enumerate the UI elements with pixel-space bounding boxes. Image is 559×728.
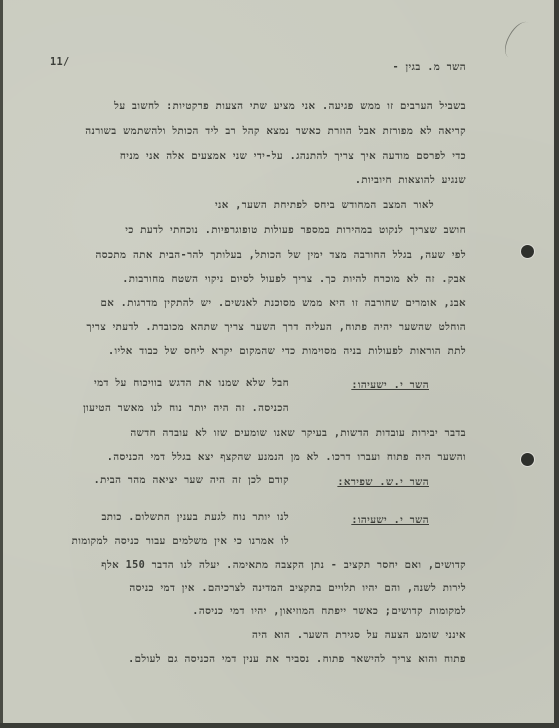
text-line: קריאה לא מפורזת אבל הוזרת כאשר נמצא קהל …: [85, 126, 466, 137]
text-line: קודם לכן זה היה שער יציאה מהר הבית.: [94, 475, 289, 486]
text-line: חושב שצריך לנקוט במהירות במספר פעולות טו…: [125, 225, 466, 236]
text-line: לתת הוראות לפעולות בניה מסוימות כדי שהמק…: [108, 346, 466, 357]
text-line: והשער היה פתוח ועברו דרכו. לא מן הנמנע ש…: [107, 452, 466, 463]
pencil-mark: [499, 17, 537, 62]
text-line: אינני שומע הצעה על סגירת השער. הוא היה: [252, 630, 466, 641]
text-line: הכניסה. זה היה יותר נוח לנו מאשר הטיעון: [83, 403, 289, 414]
text-line: לפי שעה, בגלל החורבה מצד ימין של הכותל, …: [96, 250, 466, 261]
text-line: אבנ, אומרים שחורבה זו היא ממש מסוכנת לאנ…: [100, 298, 466, 309]
text-line: הוחלט שהשער יהיה פתוח, העליה דרך השער צר…: [86, 322, 466, 333]
document-page: 11/ השר מ. בגין - בשביל הערבים זו ממש פג…: [3, 0, 554, 723]
page-number: 11/: [50, 57, 70, 68]
text-line: כדי לפרסם מודעה איך צריך להתנהג. על-ידי …: [120, 151, 466, 162]
scan-border-bottom: [0, 723, 559, 728]
text-line: בשביל הערבים זו ממש פגיעה. אני מציע שתי …: [114, 101, 466, 112]
text-line: חבל שלא שמנו את הדגש בוויכוח על דמי: [94, 378, 289, 389]
text-line: קדושים, ואם יחסר תקציב - נתן הקצבה מתאימ…: [101, 560, 466, 571]
text-line: לאור המצב המחודש ביחס לפתיחת השער, אני: [215, 200, 434, 211]
header-speaker: השר מ. בגין -: [392, 62, 466, 73]
punch-hole: [521, 453, 534, 466]
speaker-label: השר י. ישעיהו:: [351, 515, 429, 526]
text-line: בדבר יבירות עובדות הדשות, בעיקר שאנו שומ…: [130, 428, 466, 439]
text-line: אבק. זה לא מוכרח להיות כך. צריך לפעול לס…: [122, 274, 466, 285]
text-line: לירות לשנה, והם יהיו תלויים בתקציב המדינ…: [129, 583, 466, 594]
punch-hole: [521, 245, 534, 258]
speaker-label: השר י.ש. שפירא:: [337, 477, 429, 488]
text-line: למקומות קדושים; כאשר ייפתח המוזיאון, יהי…: [192, 606, 466, 617]
scan-border-right: [554, 0, 559, 728]
speaker-label: השר י. ישעיהו:: [351, 380, 429, 391]
text-line: לנו יותר נוח לגעת בענין התשלום. כותב: [101, 512, 289, 523]
text-line: שנגיע להוצאות חיוביות.: [355, 175, 466, 186]
text-line: לו אמרנו כי אין משלמים עבור כניסה למקומו…: [72, 536, 289, 547]
text-line: פתוח והוא צריך להישאר פתוח. נסביר את עני…: [128, 654, 466, 665]
